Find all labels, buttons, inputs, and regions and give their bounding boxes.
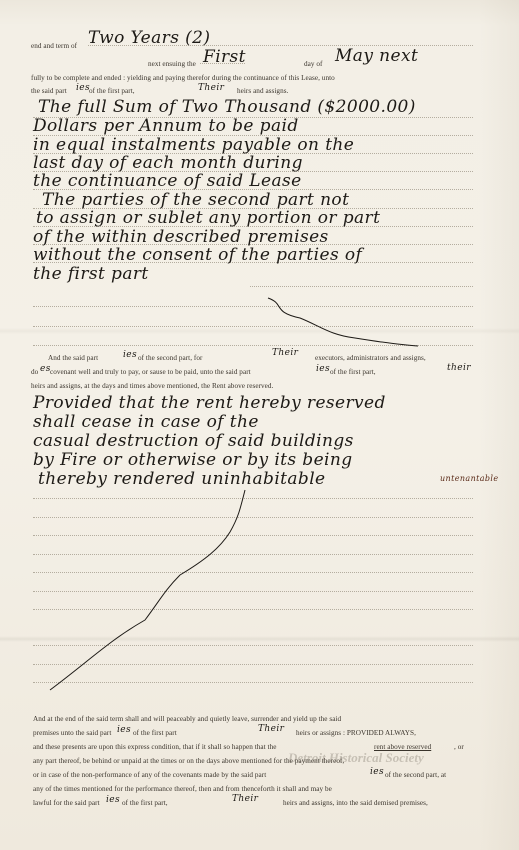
para3-line7: of the first part, [122,799,168,807]
para3-line7: heirs and assigns, into the said demised… [283,799,428,807]
their-value: Their [232,794,258,804]
para3-line1: And at the end of the said term shall an… [33,715,341,723]
lease-page: end and term of Two Years (2) next ensui… [0,0,519,850]
second-part-suffix: ies [370,767,384,777]
para3-line2: of the first part [133,729,177,737]
para3-line2: premises unto the said part [33,729,111,737]
para3-line5: of the second part, at [385,771,446,779]
para3-line5: or in case of the non-performance of any… [33,771,266,779]
para3-line3: and these presents are upon this express… [33,743,276,751]
first-part-suffix: ies [106,795,120,805]
para3-line3: , or [454,743,464,751]
para3-line6: any of the times mentioned for the perfo… [33,785,332,793]
para3-line2: heirs or assigns : PROVIDED ALWAYS, [296,729,416,737]
parties-suffix: ies [117,725,131,735]
para3-line7: lawful for the said part [33,799,100,807]
their-value: Their [258,724,284,734]
watermark: Detroit Historical Society [288,750,424,766]
